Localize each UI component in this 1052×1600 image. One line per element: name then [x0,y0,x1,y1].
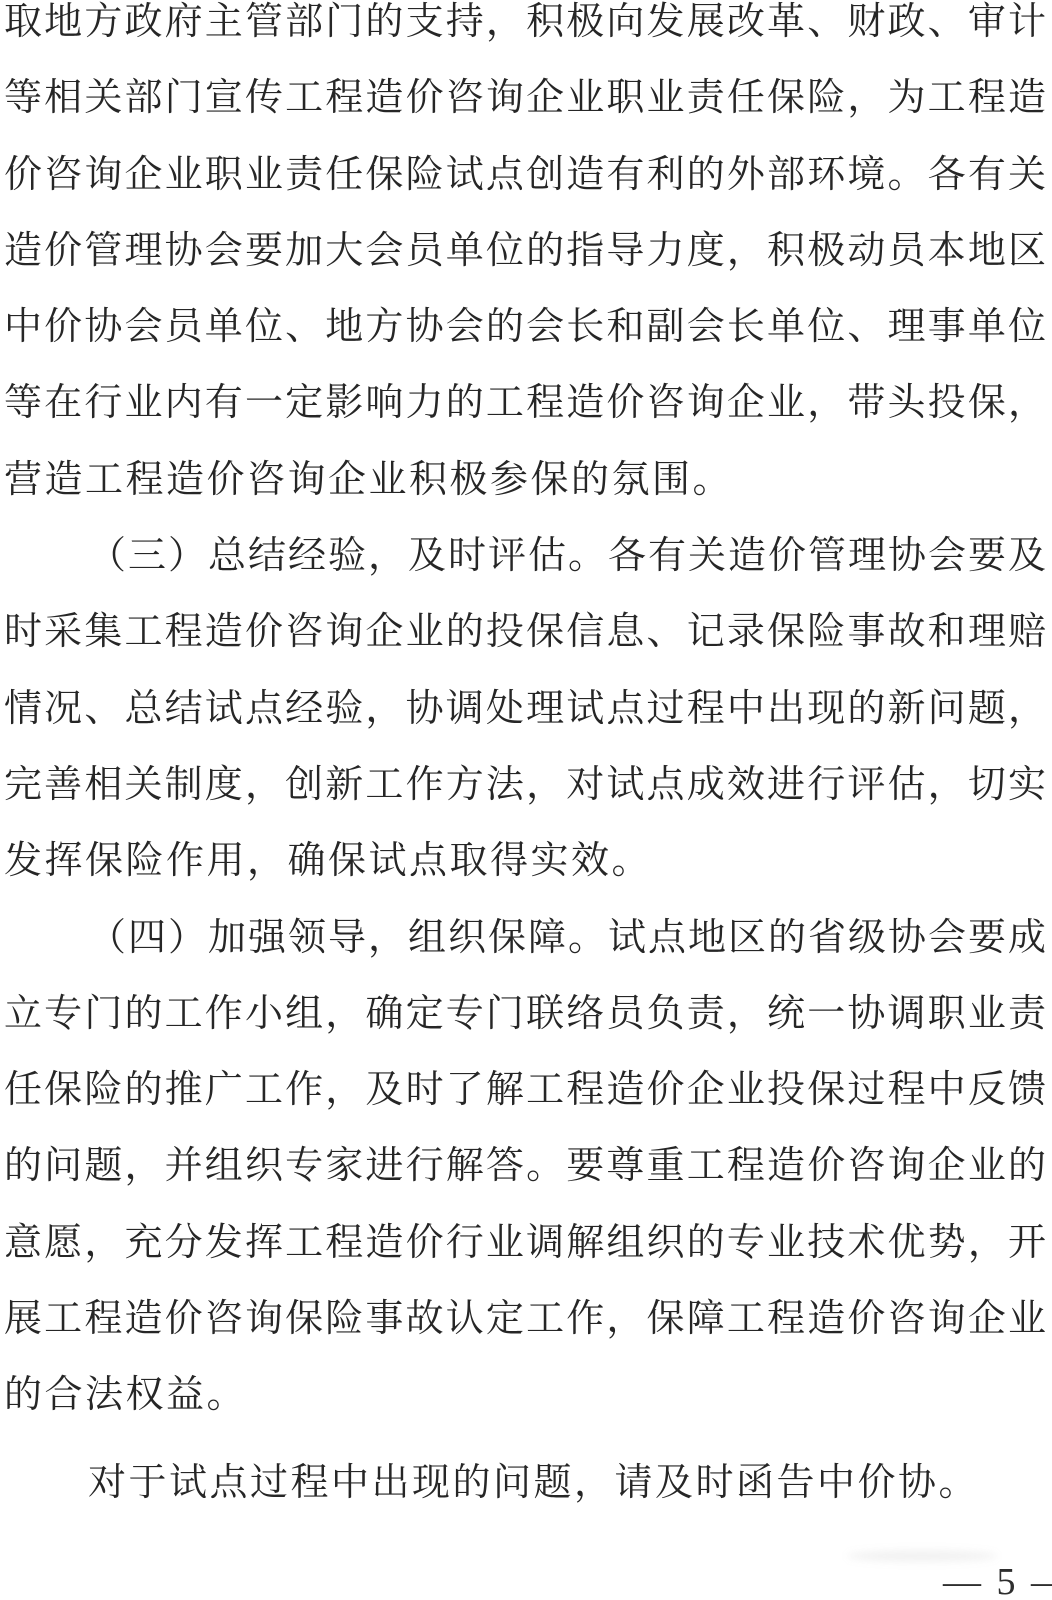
text-line-19: 的合法权益。 [4,1357,1046,1433]
text-line-12: 发挥保险作用，确保试点取得实效。 [4,823,1046,899]
text-line-4: 造价管理协会要加大会员单位的指导力度，积极动员本地区 [4,213,1046,289]
text-line-18: 展工程造价咨询保险事故认定工作，保障工程造价咨询企业 [4,1281,1046,1357]
document-body-text: 取地方政府主管部门的支持，积极向发展改革、财政、审计 等相关部门宣传工程造价咨询… [4,0,1046,1521]
text-line-13-section-4-heading: （四）加强领导，组织保障。试点地区的省级协会要成 [4,900,1046,976]
text-line-5: 中价协会员单位、地方协会的会长和副会长单位、理事单位 [4,289,1046,365]
page-number: — 5 — [943,1560,1052,1600]
text-line-20-closing: 对于试点过程中出现的问题，请及时函告中价协。 [4,1445,1046,1521]
text-line-9: 时采集工程造价咨询企业的投保信息、记录保险事故和理赔 [4,594,1046,670]
text-line-8-section-3-heading: （三）总结经验，及时评估。各有关造价管理协会要及 [4,518,1046,594]
text-line-17: 意愿，充分发挥工程造价行业调解组织的专业技术优势，开 [4,1205,1046,1281]
text-line-3: 价咨询企业职业责任保险试点创造有利的外部环境。各有关 [4,137,1046,213]
text-line-1: 取地方政府主管部门的支持，积极向发展改革、财政、审计 [4,0,1046,60]
text-line-11: 完善相关制度，创新工作方法，对试点成效进行评估，切实 [4,747,1046,823]
text-line-2: 等相关部门宣传工程造价咨询企业职业责任保险，为工程造 [4,60,1046,136]
text-line-7: 营造工程造价咨询企业积极参保的氛围。 [4,442,1046,518]
document-page: 取地方政府主管部门的支持，积极向发展改革、财政、审计 等相关部门宣传工程造价咨询… [0,0,1052,1600]
text-line-10: 情况、总结试点经验，协调处理试点过程中出现的新问题， [4,671,1046,747]
text-line-15: 任保险的推广工作，及时了解工程造价企业投保过程中反馈 [4,1052,1046,1128]
text-line-16: 的问题，并组织专家进行解答。要尊重工程造价咨询企业的 [4,1128,1046,1204]
text-line-14: 立专门的工作小组，确定专门联络员负责，统一协调职业责 [4,976,1046,1052]
text-line-6: 等在行业内有一定影响力的工程造价咨询企业，带头投保， [4,365,1046,441]
